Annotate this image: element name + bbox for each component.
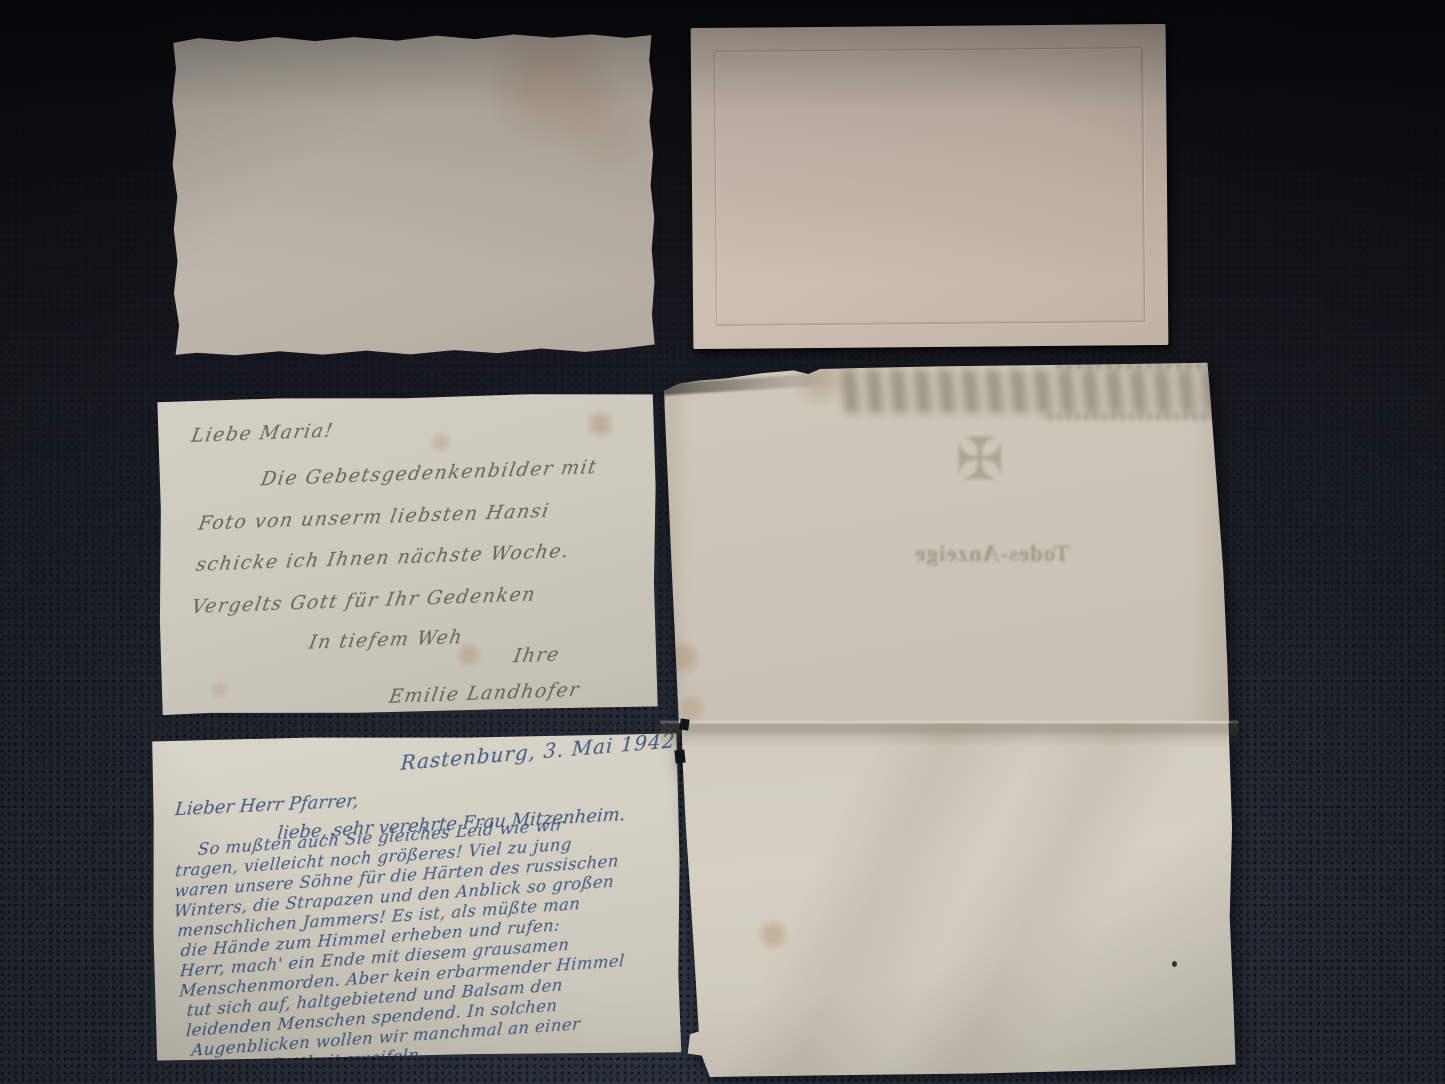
edge-tear	[679, 718, 689, 730]
blank-deckled-card	[169, 31, 657, 357]
blank-embossed-card	[691, 24, 1169, 349]
folded-death-notice: ✠ Todes-Anzeige	[656, 361, 1242, 1077]
fold-crease	[660, 713, 1238, 747]
handwritten-signature: Emilie Landhofer	[387, 679, 582, 708]
handwritten-line: schicke ich Ihnen nächste Woche.	[194, 540, 571, 576]
handwritten-line: Die Gebetsgedenkenbilder mit	[259, 456, 599, 490]
handwritten-line: Liebe Maria!	[190, 420, 336, 447]
handwritten-line: Foto von unserm liebsten Hansi	[197, 500, 552, 535]
folded-sheet-upper-half: ✠ Todes-Anzeige	[656, 361, 1242, 723]
showthrough-name-blur	[834, 369, 1244, 413]
letter-1942: Rastenburg, 3. Mai 1942 Lieber Herr Pfar…	[150, 732, 683, 1061]
pencil-note-card: Liebe Maria! Die Gebetsgedenkenbilder mi…	[156, 392, 659, 717]
photo-scene: Liebe Maria! Die Gebetsgedenkenbilder mi…	[0, 0, 1445, 1084]
embossed-border	[714, 47, 1145, 326]
showthrough-subline-blur	[1056, 361, 1242, 369]
showthrough-subline-blur	[1042, 413, 1242, 420]
edge-tear	[674, 750, 685, 764]
showthrough-title: Todes-Anzeige	[858, 541, 1126, 567]
handwritten-line: Ihre	[512, 643, 562, 667]
iron-cross-icon: ✠	[955, 425, 1004, 493]
pencil-note-text: Liebe Maria! Die Gebetsgedenkenbilder mi…	[152, 386, 662, 722]
letter-salutation: Lieber Herr Pfarrer,	[174, 790, 360, 820]
handwritten-line: In tiefem Weh	[307, 626, 465, 654]
letter-date: Rastenburg, 3. Mai 1942	[400, 728, 676, 775]
handwritten-line: Vergelts Gott für Ihr Gedenken	[190, 583, 538, 618]
paper-hole	[1172, 961, 1177, 967]
showthrough-print: ✠ Todes-Anzeige	[656, 361, 1242, 723]
folded-sheet-lower-half	[656, 721, 1242, 1077]
